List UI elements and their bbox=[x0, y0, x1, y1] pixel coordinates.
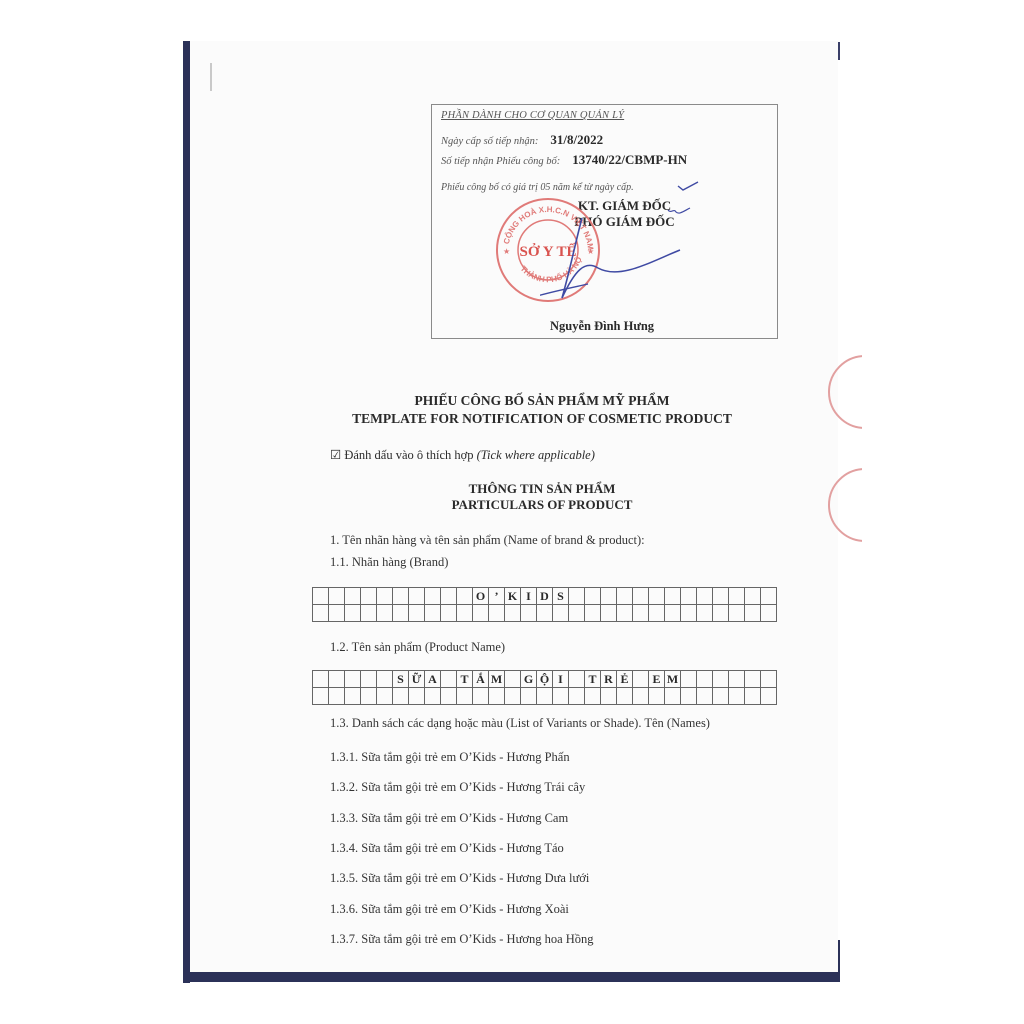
grid-cell: A bbox=[425, 671, 441, 688]
grid-cell bbox=[761, 605, 777, 622]
receipt-date-row: Ngày cấp số tiếp nhận:31/8/2022 bbox=[441, 132, 603, 148]
grid-cell bbox=[633, 688, 649, 705]
question-1-1: 1.1. Nhãn hàng (Brand) bbox=[330, 555, 448, 570]
grid-cell bbox=[761, 588, 777, 605]
grid-cell bbox=[441, 671, 457, 688]
question-1-3: 1.3. Danh sách các dạng hoặc màu (List o… bbox=[330, 716, 710, 731]
grid-cell bbox=[617, 688, 633, 705]
grid-cell bbox=[681, 605, 697, 622]
grid-cell: M bbox=[489, 671, 505, 688]
grid-cell bbox=[697, 605, 713, 622]
grid-cell: ’ bbox=[489, 588, 505, 605]
grid-cell bbox=[441, 605, 457, 622]
grid-cell bbox=[665, 688, 681, 705]
grid-cell bbox=[633, 605, 649, 622]
section-title-vn: THÔNG TIN SẢN PHẨM bbox=[0, 481, 1024, 497]
receipt-date-value: 31/8/2022 bbox=[550, 132, 603, 147]
grid-cell: G bbox=[521, 671, 537, 688]
grid-cell: I bbox=[553, 671, 569, 688]
grid-cell bbox=[633, 671, 649, 688]
grid-cell bbox=[729, 671, 745, 688]
grid-cell bbox=[313, 671, 329, 688]
grid-cell bbox=[457, 605, 473, 622]
grid-cell: R bbox=[601, 671, 617, 688]
grid-cell bbox=[537, 605, 553, 622]
grid-cell: M bbox=[665, 671, 681, 688]
grid-cell bbox=[345, 605, 361, 622]
grid-cell bbox=[409, 605, 425, 622]
grid-cell bbox=[361, 688, 377, 705]
grid-cell bbox=[745, 671, 761, 688]
grid-cell bbox=[393, 605, 409, 622]
checkmark-icon bbox=[676, 180, 700, 192]
grid-cell bbox=[329, 671, 345, 688]
grid-cell: T bbox=[457, 671, 473, 688]
grid-cell bbox=[457, 588, 473, 605]
grid-cell: T bbox=[585, 671, 601, 688]
grid-cell: K bbox=[505, 588, 521, 605]
variant-item: 1.3.4. Sữa tắm gội trẻ em O’Kids - Hương… bbox=[330, 841, 564, 856]
grid-cell bbox=[425, 605, 441, 622]
svg-text:★: ★ bbox=[503, 247, 510, 256]
grid-cell bbox=[601, 688, 617, 705]
grid-cell bbox=[569, 605, 585, 622]
margin-mark bbox=[210, 63, 212, 91]
validity-note: Phiếu công bố có giá trị 05 năm kể từ ng… bbox=[441, 182, 634, 193]
grid-cell: Ộ bbox=[537, 671, 553, 688]
grid-cell bbox=[409, 688, 425, 705]
tick-instruction-vn: Đánh dấu vào ô thích hợp bbox=[344, 448, 473, 462]
tick-instruction-en: (Tick where applicable) bbox=[477, 448, 595, 462]
grid-cell bbox=[633, 588, 649, 605]
grid-cell bbox=[409, 588, 425, 605]
grid-cell bbox=[681, 588, 697, 605]
grid-cell bbox=[761, 688, 777, 705]
grid-cell bbox=[361, 605, 377, 622]
grid-cell bbox=[585, 588, 601, 605]
grid-cell: S bbox=[393, 671, 409, 688]
variant-item: 1.3.3. Sữa tắm gội trẻ em O’Kids - Hương… bbox=[330, 811, 568, 826]
grid-cell bbox=[729, 588, 745, 605]
grid-cell bbox=[329, 605, 345, 622]
grid-cell bbox=[713, 671, 729, 688]
grid-cell bbox=[553, 605, 569, 622]
receipt-number-row: Số tiếp nhận Phiếu công bố:13740/22/CBMP… bbox=[441, 152, 687, 168]
question-1: 1. Tên nhãn hàng và tên sản phẩm (Name o… bbox=[330, 533, 645, 548]
grid-cell bbox=[345, 588, 361, 605]
grid-cell bbox=[649, 605, 665, 622]
grid-cell bbox=[313, 605, 329, 622]
grid-cell bbox=[697, 688, 713, 705]
grid-cell: Ữ bbox=[409, 671, 425, 688]
grid-cell bbox=[729, 605, 745, 622]
grid-cell bbox=[681, 688, 697, 705]
grid-cell bbox=[617, 588, 633, 605]
grid-cell bbox=[601, 588, 617, 605]
grid-cell bbox=[649, 688, 665, 705]
variant-item: 1.3.6. Sữa tắm gội trẻ em O’Kids - Hương… bbox=[330, 902, 569, 917]
variant-item: 1.3.5. Sữa tắm gội trẻ em O’Kids - Hương… bbox=[330, 871, 589, 886]
grid-cell bbox=[473, 688, 489, 705]
grid-cell: O bbox=[473, 588, 489, 605]
grid-cell bbox=[745, 588, 761, 605]
grid-cell bbox=[713, 588, 729, 605]
receipt-date-label: Ngày cấp số tiếp nhận: bbox=[441, 136, 538, 147]
grid-cell bbox=[377, 588, 393, 605]
grid-cell bbox=[505, 671, 521, 688]
grid-cell bbox=[521, 605, 537, 622]
grid-cell bbox=[441, 588, 457, 605]
grid-cell bbox=[313, 588, 329, 605]
grid-cell bbox=[425, 588, 441, 605]
grid-cell: S bbox=[553, 588, 569, 605]
document-title-en: TEMPLATE FOR NOTIFICATION OF COSMETIC PR… bbox=[0, 411, 1024, 427]
grid-cell bbox=[521, 688, 537, 705]
grid-cell bbox=[489, 688, 505, 705]
grid-cell: Ẻ bbox=[617, 671, 633, 688]
grid-cell bbox=[665, 605, 681, 622]
grid-cell bbox=[585, 688, 601, 705]
grid-cell bbox=[377, 688, 393, 705]
grid-cell bbox=[681, 671, 697, 688]
grid-cell bbox=[313, 688, 329, 705]
grid-cell bbox=[345, 688, 361, 705]
grid-cell bbox=[649, 588, 665, 605]
grid-cell: E bbox=[649, 671, 665, 688]
grid-cell bbox=[489, 605, 505, 622]
grid-cell bbox=[505, 688, 521, 705]
grid-cell bbox=[329, 588, 345, 605]
grid-cell bbox=[457, 688, 473, 705]
grid-cell bbox=[473, 605, 489, 622]
section-title-en: PARTICULARS OF PRODUCT bbox=[0, 497, 1024, 513]
grid-cell bbox=[745, 605, 761, 622]
document-title-vn: PHIẾU CÔNG BỐ SẢN PHẨM MỸ PHẨM bbox=[0, 393, 1024, 409]
product-name-grid: SỮATẮMGỘITRẺEM bbox=[312, 670, 777, 705]
grid-cell bbox=[569, 671, 585, 688]
grid-cell bbox=[425, 688, 441, 705]
variant-item: 1.3.2. Sữa tắm gội trẻ em O’Kids - Hương… bbox=[330, 780, 585, 795]
checkbox-icon: ☑ bbox=[330, 448, 341, 462]
grid-cell bbox=[761, 671, 777, 688]
grid-cell bbox=[617, 605, 633, 622]
grid-cell bbox=[329, 688, 345, 705]
grid-cell bbox=[665, 588, 681, 605]
grid-cell bbox=[441, 688, 457, 705]
grid-cell bbox=[569, 588, 585, 605]
grid-cell bbox=[393, 588, 409, 605]
grid-cell bbox=[537, 688, 553, 705]
photo-background-top-right bbox=[838, 42, 840, 60]
grid-cell bbox=[361, 671, 377, 688]
grid-cell bbox=[697, 588, 713, 605]
grid-cell bbox=[713, 688, 729, 705]
grid-cell bbox=[729, 688, 745, 705]
question-1-2: 1.2. Tên sản phẩm (Product Name) bbox=[330, 640, 505, 655]
grid-cell bbox=[569, 688, 585, 705]
grid-cell bbox=[505, 605, 521, 622]
brand-grid: O’KIDS bbox=[312, 587, 777, 622]
tick-instruction: ☑ Đánh dấu vào ô thích hợp (Tick where a… bbox=[330, 447, 595, 463]
signer-name: Nguyễn Đình Hưng bbox=[550, 319, 654, 334]
grid-cell bbox=[393, 688, 409, 705]
grid-cell: I bbox=[521, 588, 537, 605]
receipt-number-value: 13740/22/CBMP-HN bbox=[572, 152, 687, 167]
grid-cell bbox=[713, 605, 729, 622]
grid-cell bbox=[585, 605, 601, 622]
grid-cell bbox=[697, 671, 713, 688]
grid-cell: Ắ bbox=[473, 671, 489, 688]
grid-cell: D bbox=[537, 588, 553, 605]
signature-icon bbox=[540, 200, 720, 310]
photo-background-bottom bbox=[183, 972, 840, 982]
grid-cell bbox=[601, 605, 617, 622]
grid-cell bbox=[553, 688, 569, 705]
variant-item: 1.3.1. Sữa tắm gội trẻ em O’Kids - Hương… bbox=[330, 750, 570, 765]
grid-cell bbox=[377, 671, 393, 688]
variant-item: 1.3.7. Sữa tắm gội trẻ em O’Kids - Hương… bbox=[330, 932, 594, 947]
grid-cell bbox=[745, 688, 761, 705]
grid-cell bbox=[345, 671, 361, 688]
authority-heading: PHẦN DÀNH CHO CƠ QUAN QUẢN LÝ bbox=[441, 110, 624, 121]
grid-cell bbox=[377, 605, 393, 622]
grid-cell bbox=[361, 588, 377, 605]
receipt-number-label: Số tiếp nhận Phiếu công bố: bbox=[441, 156, 560, 167]
